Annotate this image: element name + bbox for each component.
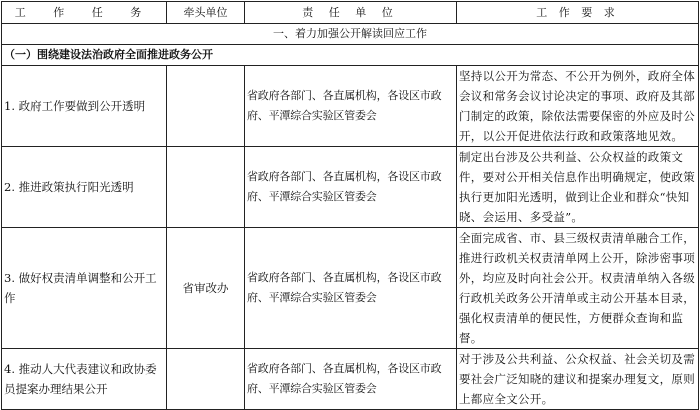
lead-unit-cell bbox=[167, 66, 245, 147]
work-task-table: 工 作 任 务 牵头单位 责 任 单 位 工 作 要 求 一、着力加强公开解读回… bbox=[1, 1, 699, 380]
header-responsible-unit: 责 任 单 位 bbox=[245, 2, 457, 24]
subsection-row: （一）围绕建设法治政府全面推进政务公开 bbox=[2, 45, 699, 66]
subsection-title: （一）围绕建设法治政府全面推进政务公开 bbox=[2, 45, 699, 66]
header-requirements: 工 作 要 求 bbox=[457, 2, 699, 24]
requirements-cell: 对于涉及公共利益、公众权益、社会关切及需要社会广泛知晓的建议和提案办理复文，原则… bbox=[457, 349, 699, 381]
task-cell: 1. 政府工作要做到公开透明 bbox=[2, 66, 167, 147]
responsible-unit-cell: 省政府各部门、各直属机构，各设区市政府、平潭综合实验区管委会 bbox=[245, 66, 457, 147]
table-row: 2. 推进政策执行阳光透明 省政府各部门、各直属机构，各设区市政府、平潭综合实验… bbox=[2, 147, 699, 228]
responsible-unit-cell: 省政府各部门、各直属机构，各设区市政府、平潭综合实验区管委会 bbox=[245, 147, 457, 228]
table-row: 4. 推动人大代表建议和政协委员提案办理结果公开 省政府各部门、各直属机构，各设… bbox=[2, 349, 699, 381]
lead-unit-cell bbox=[167, 349, 245, 381]
section-row: 一、着力加强公开解读回应工作 bbox=[2, 24, 699, 45]
header-task: 工 作 任 务 bbox=[2, 2, 167, 24]
header-lead-label: 牵头单位 bbox=[184, 6, 228, 19]
section-title: 一、着力加强公开解读回应工作 bbox=[2, 24, 699, 45]
task-cell: 3. 做好权责清单调整和公开工作 bbox=[2, 228, 167, 349]
responsible-unit-cell: 省政府各部门、各直属机构，各设区市政府、平潭综合实验区管委会 bbox=[245, 228, 457, 349]
header-lead-unit: 牵头单位 bbox=[167, 2, 245, 24]
table-header-row: 工 作 任 务 牵头单位 责 任 单 位 工 作 要 求 bbox=[2, 2, 699, 24]
responsible-unit-cell: 省政府各部门、各直属机构，各设区市政府、平潭综合实验区管委会 bbox=[245, 349, 457, 381]
header-requirements-label: 工 作 要 求 bbox=[536, 6, 619, 19]
requirements-cell: 制定出台涉及公共利益、公众权益的政策文件，要对公开相关信息作出明确规定，使政策执… bbox=[457, 147, 699, 228]
lead-unit-cell: 省审改办 bbox=[167, 228, 245, 349]
task-cell: 2. 推进政策执行阳光透明 bbox=[2, 147, 167, 228]
lead-unit-cell bbox=[167, 147, 245, 228]
task-cell: 4. 推动人大代表建议和政协委员提案办理结果公开 bbox=[2, 349, 167, 381]
header-responsible-label: 责 任 单 位 bbox=[302, 6, 399, 19]
requirements-cell: 坚持以公开为常态、不公开为例外，政府全体会议和常务会议讨论决定的事项、政府及其部… bbox=[457, 66, 699, 147]
table-row: 1. 政府工作要做到公开透明 省政府各部门、各直属机构，各设区市政府、平潭综合实… bbox=[2, 66, 699, 147]
table-row: 3. 做好权责清单调整和公开工作 省审改办 省政府各部门、各直属机构，各设区市政… bbox=[2, 228, 699, 349]
requirements-cell: 全面完成省、市、县三级权责清单融合工作，推进行政机关权责清单网上公开，除涉密事项… bbox=[457, 228, 699, 349]
header-task-label: 工 作 任 务 bbox=[15, 6, 154, 19]
